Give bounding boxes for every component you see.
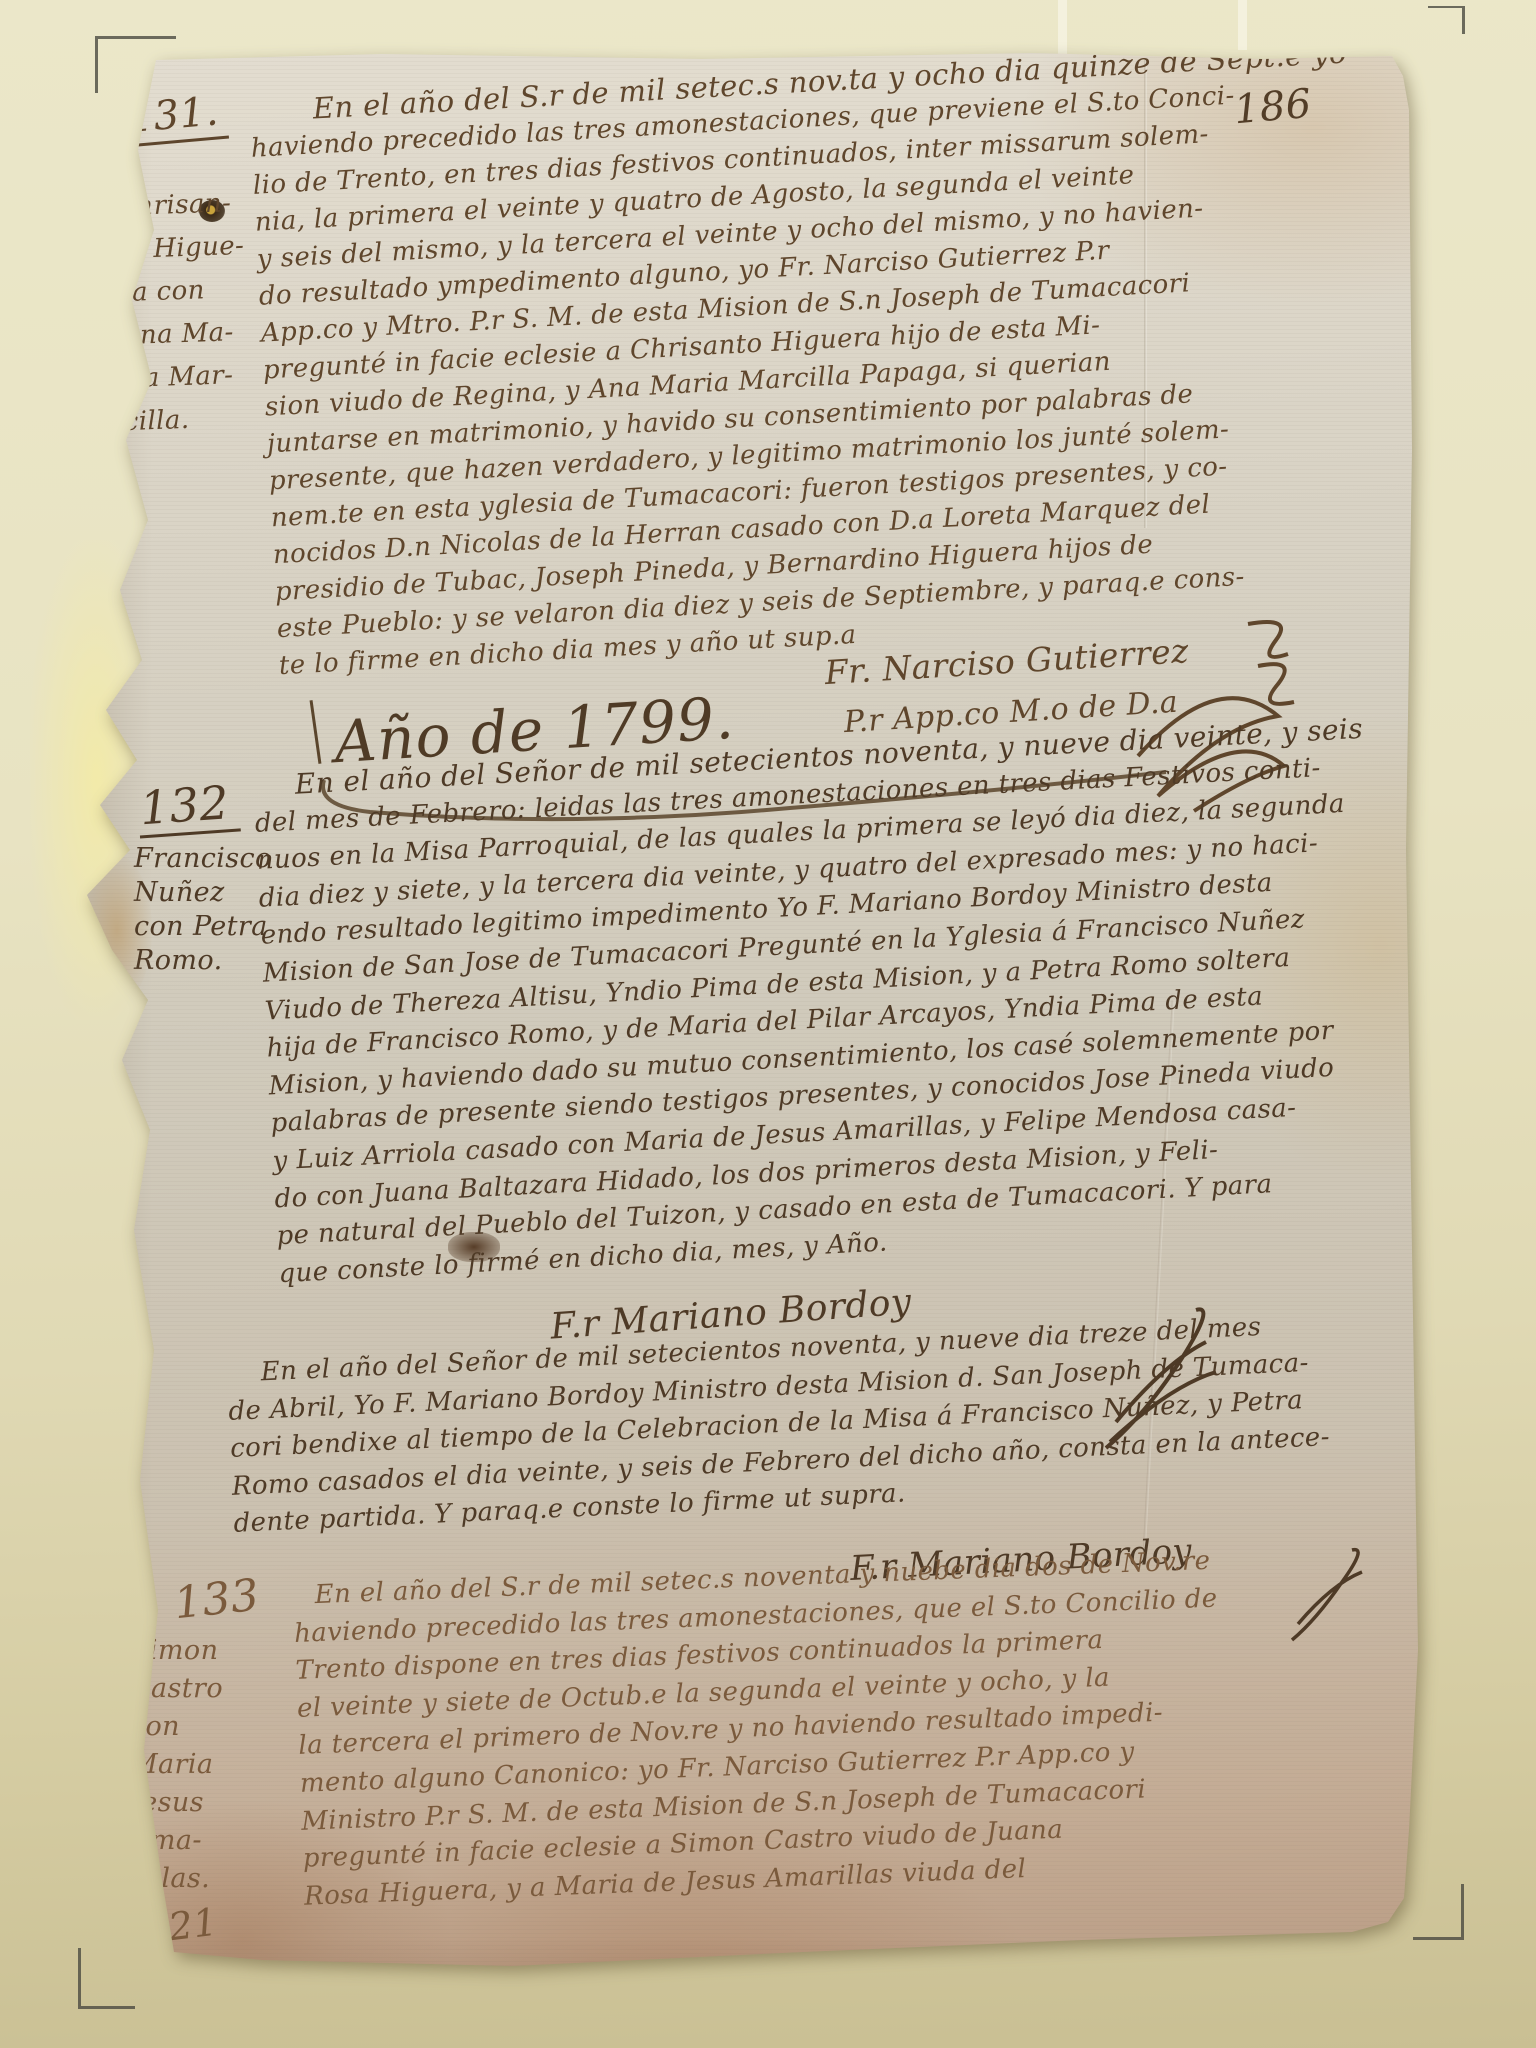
- entry-131-text: En el año del S.r de mil setec.s nov.ta …: [248, 35, 1378, 686]
- margin-note-line: ra con: [119, 268, 247, 315]
- margin-note-line: con: [130, 1708, 223, 1746]
- entry-133-margin-note: SimonCastroconMariaJesusAma-rillas.: [130, 1632, 223, 1898]
- margin-note-line: Castro: [130, 1670, 223, 1708]
- page-bottom-number: 121: [142, 1900, 221, 1953]
- margin-note-line: Chrisan-: [116, 182, 244, 229]
- entry-133-number: 133: [172, 1570, 262, 1630]
- margin-note-line: Romo.: [134, 944, 272, 978]
- entry-132-margin-note: FranciscoNuñezcon PetraRomo.: [134, 842, 272, 978]
- margin-note-line: Jesus: [130, 1784, 223, 1822]
- entry-132-number: 132: [136, 775, 241, 839]
- margin-note-line: con Petra: [134, 910, 272, 944]
- heading-bracket-stroke: [310, 700, 322, 764]
- margin-note-line: Ana Ma-: [120, 311, 248, 358]
- registration-tape-mark: [1238, 0, 1247, 50]
- rubric-flourish-icon: [1282, 1544, 1372, 1644]
- margin-note-line: Maria: [130, 1746, 223, 1784]
- manuscript-paper: 186 131. Chrisan-to Higue-ra conAna Ma-r…: [82, 50, 1420, 1998]
- crop-mark-bottom-right: [1413, 1884, 1464, 1940]
- margin-note-line: Simon: [130, 1632, 223, 1670]
- margin-note-line: ria Mar-: [122, 354, 250, 401]
- entry-131-number: 131.: [124, 88, 229, 148]
- margin-note-line: Francisco: [134, 842, 272, 876]
- entry-132-text: En el año del Señor de mil setecientos n…: [252, 710, 1389, 1294]
- blessing-note-text: En el año del Señor de mil setecientos n…: [226, 1306, 1332, 1544]
- photo-of-manuscript: { "page": { "folio_number": "186", "bott…: [0, 0, 1536, 2048]
- margin-note-line: cilla.: [123, 397, 251, 444]
- paper-sheet: 186 131. Chrisan-to Higue-ra conAna Ma-r…: [82, 50, 1420, 1998]
- entry-133-text: En el año del S.r de mil setec.s noventa…: [292, 1543, 1228, 1917]
- margin-note-line: Nuñez: [134, 876, 272, 910]
- margin-note-line: Ama-: [130, 1822, 223, 1860]
- crop-mark-top-right: [1428, 6, 1465, 34]
- margin-note-line: rillas.: [130, 1860, 223, 1898]
- entry-131-margin-note: Chrisan-to Higue-ra conAna Ma-ria Mar-ci…: [116, 182, 251, 444]
- margin-note-line: to Higue-: [117, 225, 245, 272]
